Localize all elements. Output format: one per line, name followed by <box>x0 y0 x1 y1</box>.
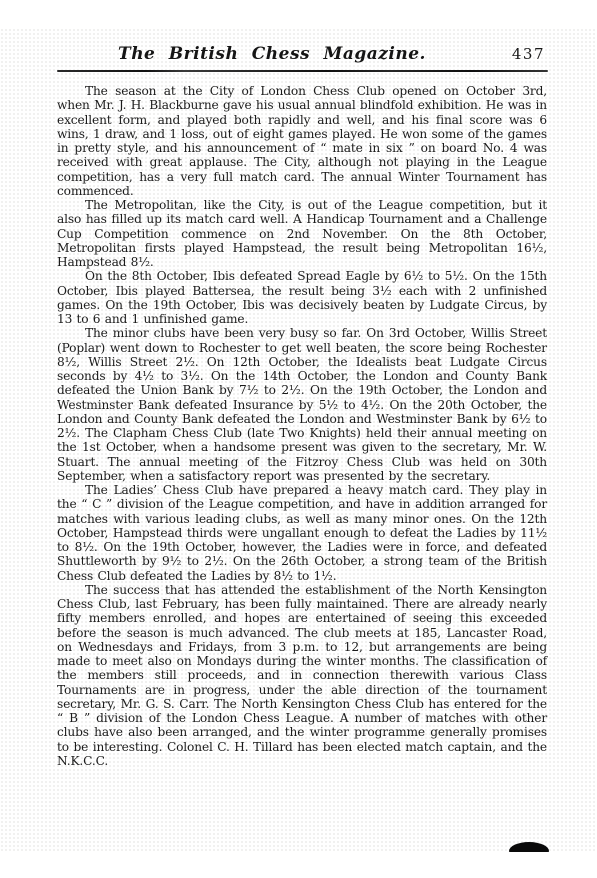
article-body: The season at the City of London Chess C… <box>57 84 547 768</box>
paragraph-minor-clubs: The minor clubs have been very busy so f… <box>57 326 547 483</box>
paragraph-city-of-london: The season at the City of London Chess C… <box>57 84 547 198</box>
magazine-page: The British Chess Magazine. 437 The seas… <box>0 0 597 878</box>
journal-title: The British Chess Magazine. <box>57 44 487 64</box>
page-header: The British Chess Magazine. 437 <box>57 44 547 66</box>
paragraph-ibis: On the 8th October, Ibis defeated Spread… <box>57 269 547 326</box>
paragraph-north-kensington: The success that has attended the establ… <box>57 583 547 768</box>
paragraph-ladies-chess-club: The Ladies’ Chess Club have prepared a h… <box>57 483 547 583</box>
header-rule <box>57 70 548 72</box>
scan-artifact-blot <box>509 842 549 852</box>
paragraph-metropolitan: The Metropolitan, like the City, is out … <box>57 198 547 269</box>
page-number: 437 <box>512 45 545 63</box>
